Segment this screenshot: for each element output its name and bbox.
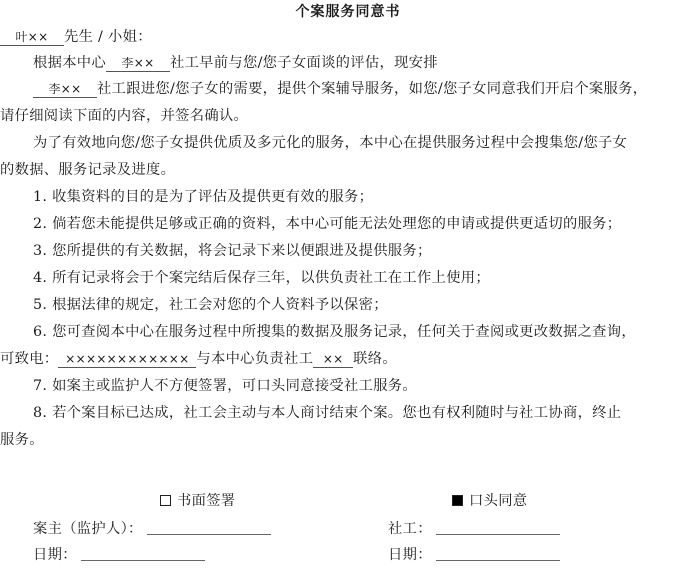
worker-date-field[interactable] <box>436 560 560 561</box>
followup-worker-field[interactable]: 李×× <box>33 81 97 98</box>
intro-text: 根据本中心 <box>33 55 106 71</box>
client-date-field[interactable] <box>81 560 205 561</box>
item-7: 7. 如案主或监护人不方便签署，可口头同意接受社工服务。 <box>33 377 417 395</box>
consent-verbal-option[interactable]: 口头同意 <box>452 492 527 510</box>
worker-date-row: 日期： <box>388 546 560 564</box>
client-signature-field[interactable] <box>147 534 271 535</box>
purpose-line-2: 的数据、服务记录及进度。 <box>0 161 175 179</box>
worker-date-label: 日期： <box>388 547 432 563</box>
salutation: 叶××先生 / 小姐： <box>0 28 152 46</box>
written-label: 书面签署 <box>177 493 235 509</box>
worker-signature-label: 社工： <box>388 521 432 537</box>
item-6-text: 可致电： <box>0 351 58 367</box>
item-6-text: 联络。 <box>353 351 397 367</box>
written-checkbox-icon[interactable] <box>160 495 171 506</box>
intro-line-1: 根据本中心李××社工早前与您/您子女面谈的评估，现安排 <box>33 54 438 72</box>
item-3: 3. 您所提供的有关数据，将会记录下来以便跟进及提供服务； <box>33 242 432 260</box>
verbal-label: 口头同意 <box>469 493 527 509</box>
client-signature-row: 案主（监护人）： <box>33 520 271 538</box>
item-4: 4. 所有记录将会于个案完结后保存三年，以供负责社工在工作上使用； <box>33 269 490 287</box>
client-signature-label: 案主（监护人）： <box>33 521 143 537</box>
consent-written-option[interactable]: 书面签署 <box>160 492 235 510</box>
intro-line-3: 请仔细阅读下面的内容，并签名确认。 <box>0 107 248 125</box>
salutation-suffix: 先生 / 小姐： <box>64 29 152 45</box>
intro-line-2: 李××社工跟进您/您子女的需要，提供个案辅导服务，如您/您子女同意我们开启个案服… <box>33 80 647 98</box>
phone-field[interactable]: ×××××××××××× <box>58 351 196 368</box>
client-date-row: 日期： <box>33 546 205 564</box>
item-6-text: 与本中心负责社工 <box>196 351 313 367</box>
item-6-line-2: 可致电：××××××××××××与本中心负责社工××联络。 <box>0 350 397 368</box>
item-6-line-1: 6. 您可查阅本中心在服务过程中所搜集的数据及服务记录，任何关于查阅或更改数据之… <box>33 323 636 341</box>
assessing-worker-field[interactable]: 李×× <box>106 55 170 72</box>
item-1: 1. 收集资料的目的是为了评估及提供更有效的服务； <box>33 188 373 206</box>
client-date-label: 日期： <box>33 547 77 563</box>
document-title: 个案服务同意书 <box>0 1 696 21</box>
verbal-checkbox-icon[interactable] <box>452 495 463 506</box>
item-2: 2. 倘若您未能提供足够或正确的资料，本中心可能无法处理您的申请或提供更适切的服… <box>33 215 621 233</box>
item-8-line-1: 8. 若个案目标已达成，社工会主动与本人商讨结束个案。您也有权利随时与社工协商，… <box>33 404 621 422</box>
worker-signature-row: 社工： <box>388 520 560 538</box>
client-name-field[interactable]: 叶×× <box>0 29 64 46</box>
intro-text: 社工早前与您/您子女面谈的评估，现安排 <box>170 55 438 71</box>
item-8-line-2: 服务。 <box>0 431 44 449</box>
purpose-line-1: 为了有效地向您/您子女提供优质及多元化的服务，本中心在提供服务过程中会搜集您/您… <box>33 134 627 152</box>
responsible-worker-field[interactable]: ×× <box>313 351 353 368</box>
worker-signature-field[interactable] <box>436 534 560 535</box>
item-5: 5. 根据法律的规定，社工会对您的个人资料予以保密； <box>33 296 388 314</box>
intro-text: 社工跟进您/您子女的需要，提供个案辅导服务，如您/您子女同意我们开启个案服务， <box>97 81 647 97</box>
